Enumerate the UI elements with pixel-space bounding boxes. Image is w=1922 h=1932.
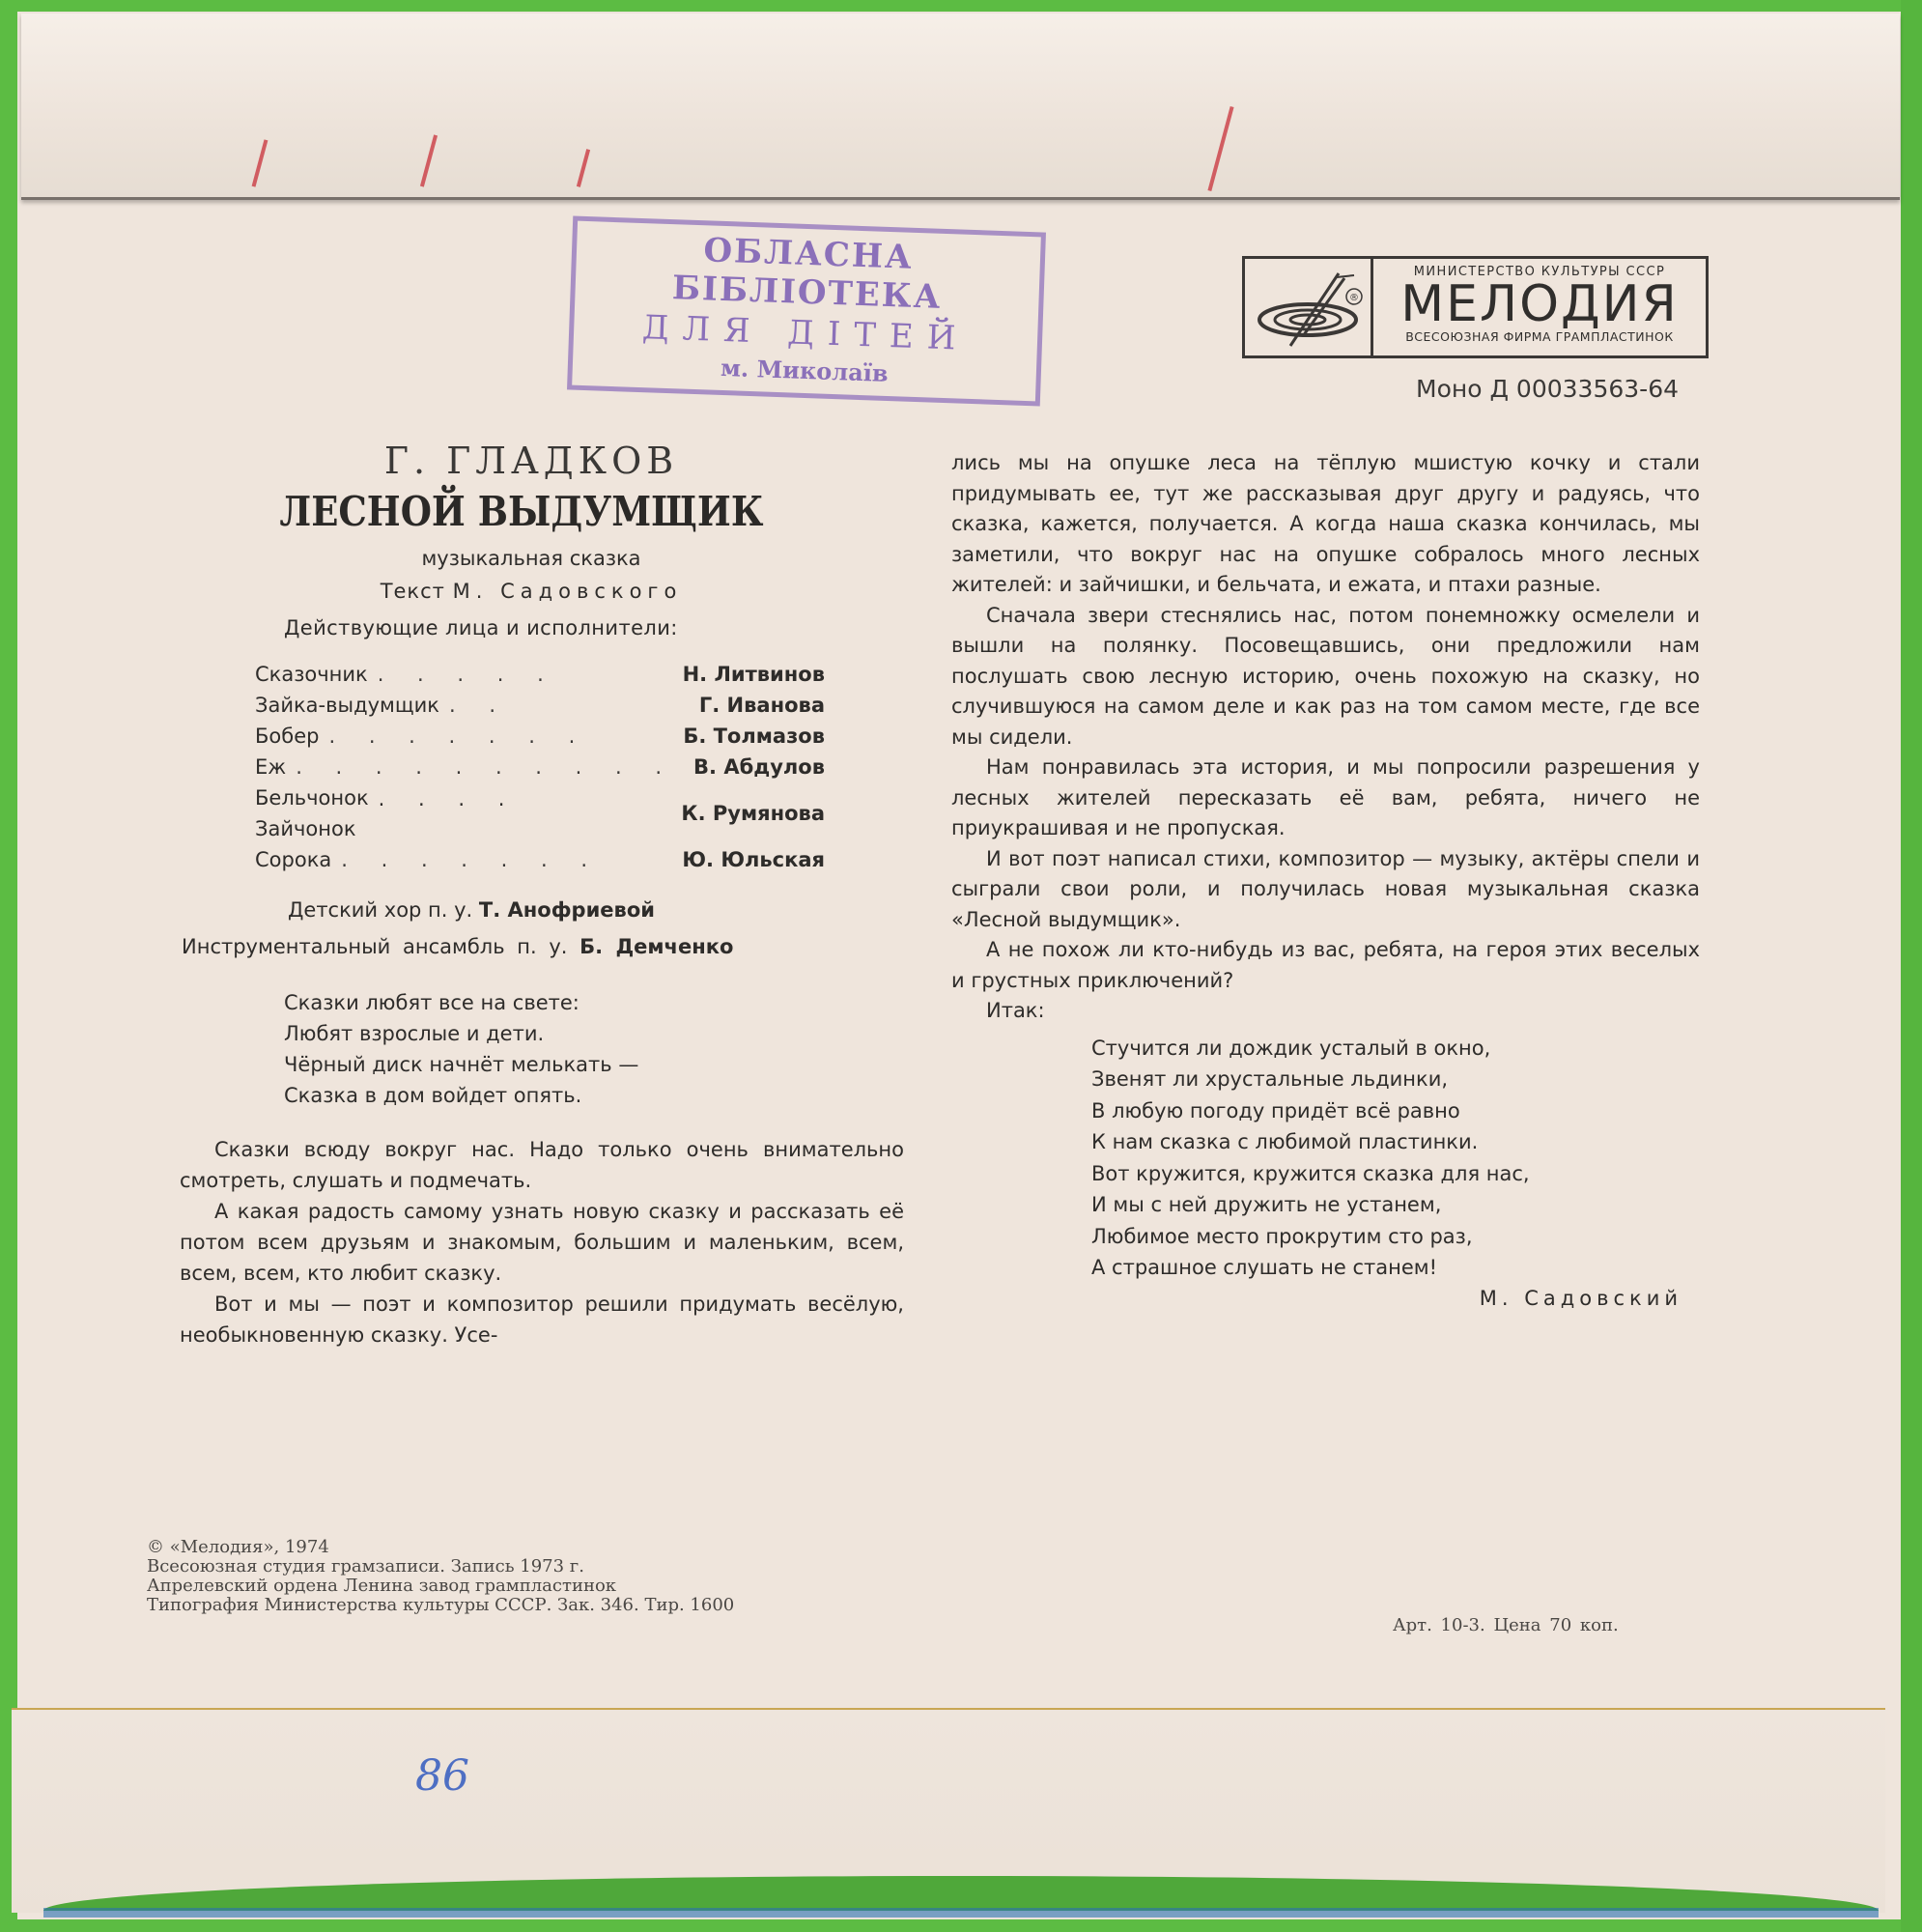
brand-name: МЕЛОДИЯ bbox=[1373, 279, 1706, 329]
imprint-line: © «Мелодия», 1974 bbox=[147, 1538, 734, 1557]
poem-line: Вот кружится, кружится сказка для нас, bbox=[1091, 1158, 1700, 1190]
red-scuff-mark bbox=[1207, 106, 1233, 191]
paragraph: А какая радость самому узнать новую сказ… bbox=[180, 1196, 904, 1289]
left-column: Г. ГЛАДКОВ ЛЕСНОЙ ВЫДУМЩИК музыкальная с… bbox=[193, 440, 908, 1350]
imprint-line: Всесоюзная студия грамзаписи. Запись 197… bbox=[147, 1557, 734, 1577]
poem-signature: М. Садовский bbox=[951, 1284, 1682, 1315]
poem-line: Любят взрослые и дети. bbox=[284, 1018, 908, 1049]
cast-dots: . . . . bbox=[369, 787, 682, 810]
text-by: Текст М. Садовского bbox=[155, 580, 908, 603]
cast-role: Бобер bbox=[255, 721, 319, 752]
cast-row: Сказочник . . . . . Н. Литвинов bbox=[255, 659, 825, 690]
cast-actor: Г. Иванова bbox=[699, 690, 825, 721]
paragraph: И вот поэт написал стихи, композитор — м… bbox=[951, 844, 1700, 936]
melodiya-logo: ® МИНИСТЕРСТВО КУЛЬТУРЫ СССР МЕЛОДИЯ ВСЕ… bbox=[1242, 256, 1709, 358]
cast-dots: . . bbox=[439, 690, 699, 721]
cast-role: Зайка-выдумщик bbox=[255, 690, 439, 721]
poem-line: Любимое место прокрутим сто раз, bbox=[1091, 1221, 1700, 1253]
poem-line: Стучится ли дождик усталый в окно, bbox=[1091, 1033, 1700, 1065]
poem-line: Чёрный диск начнёт мелькать — bbox=[284, 1049, 908, 1080]
paragraph: Итак: bbox=[951, 996, 1700, 1027]
top-flap bbox=[21, 14, 1900, 200]
stamp-line-1: ОБЛАСНА БІБЛІОТЕКА bbox=[575, 227, 1040, 321]
paragraph: Сначала звери стеснялись нас, потом поне… bbox=[951, 601, 1700, 753]
album-title: ЛЕСНОЙ ВЫДУМЩИК bbox=[182, 488, 862, 535]
melodiya-logo-icon: ® bbox=[1245, 259, 1373, 355]
red-scuff-mark bbox=[420, 134, 438, 186]
right-column: лись мы на опушке леса на тёплую мшистую… bbox=[951, 448, 1700, 1314]
cast-dots: . . . . . bbox=[368, 659, 683, 690]
cast-dots: . . . . . . . bbox=[331, 844, 682, 875]
svg-text:®: ® bbox=[1349, 293, 1359, 303]
paragraph: лись мы на опушке леса на тёплую мшистую… bbox=[951, 448, 1700, 601]
cast-row: Еж . . . . . . . . . . В. Абдулов bbox=[255, 752, 825, 782]
cast-dots: . . . . . . . bbox=[319, 721, 683, 752]
cast-role: Зайчонок bbox=[255, 813, 369, 844]
cast-actor: В. Абдулов bbox=[693, 752, 825, 782]
imprint-line: Апрелевский ордена Ленина завод грамплас… bbox=[147, 1577, 734, 1596]
cast-actor: Ю. Юльская bbox=[682, 844, 825, 875]
album-subtitle: музыкальная сказка bbox=[155, 547, 908, 570]
cast-role: Еж bbox=[255, 752, 286, 782]
ensemble-leader: Б. Демченко bbox=[579, 935, 733, 958]
poem-line: Сказка в дом войдет опять. bbox=[284, 1080, 908, 1111]
text-by-prefix: Текст bbox=[381, 580, 445, 603]
cast-role: Сорока bbox=[255, 844, 331, 875]
imprint-line: Типография Министерства культуры СССР. З… bbox=[147, 1596, 734, 1615]
handwritten-note: 86 bbox=[415, 1751, 469, 1801]
cast-row: Зайка-выдумщик . . Г. Иванова bbox=[255, 690, 825, 721]
cast-header: Действующие лица и исполнители: bbox=[284, 616, 908, 639]
record-swirl-icon: ® bbox=[1250, 264, 1366, 351]
paragraph: А не похож ли кто-нибудь из вас, ребята,… bbox=[951, 935, 1700, 996]
library-stamp: ОБЛАСНА БІБЛІОТЕКА ДЛЯ ДІТЕЙ м. Миколаїв bbox=[567, 216, 1046, 407]
cast-actor: К. Румянова bbox=[681, 802, 825, 825]
cast-row: Бобер . . . . . . . Б. Толмазов bbox=[255, 721, 825, 752]
poem-line: В любую погоду придёт всё равно bbox=[1091, 1095, 1700, 1127]
scan-background bbox=[1901, 0, 1922, 1932]
paragraph: Вот и мы — поэт и композитор решили прид… bbox=[180, 1289, 904, 1350]
paragraph: Нам понравилась эта история, и мы попрос… bbox=[951, 753, 1700, 844]
intro-poem: Сказки любят все на свете: Любят взрослы… bbox=[284, 987, 908, 1111]
poem-line: К нам сказка с любимой пластинки. bbox=[1091, 1126, 1700, 1158]
cast-actor: Н. Литвинов bbox=[683, 659, 825, 690]
ensemble-label: Инструментальный ансамбль п. у. bbox=[182, 935, 567, 958]
cast-role: Бельчонок bbox=[255, 782, 369, 813]
cast-row-shared: Бельчонок Зайчонок . . . . К. Румянова bbox=[255, 782, 825, 844]
cast-actor: Б. Толмазов bbox=[683, 721, 825, 752]
poem-line: И мы с ней дружить не устанем, bbox=[1091, 1189, 1700, 1221]
cast-dots: . . . . . . . . . . bbox=[286, 752, 693, 782]
choir-leader: Т. Анофриевой bbox=[479, 898, 655, 922]
text-by-author: М. Садовского bbox=[453, 580, 683, 603]
left-prose: Сказки всюду вокруг нас. Надо только оче… bbox=[180, 1134, 904, 1350]
choir-label: Детский хор п. у. bbox=[288, 898, 472, 922]
cast-role: Сказочник bbox=[255, 659, 368, 690]
imprint: © «Мелодия», 1974 Всесоюзная студия грам… bbox=[147, 1538, 734, 1615]
paragraph: Сказки всюду вокруг нас. Надо только оче… bbox=[180, 1134, 904, 1196]
poem-line: А страшное слушать не станем! bbox=[1091, 1252, 1700, 1284]
poem-line: Сказки любят все на свете: bbox=[284, 987, 908, 1018]
cast-list: Сказочник . . . . . Н. Литвинов Зайка-вы… bbox=[255, 659, 825, 875]
composer-name: Г. ГЛАДКОВ bbox=[155, 440, 908, 482]
cast-row: Сорока . . . . . . . Ю. Юльская bbox=[255, 844, 825, 875]
red-scuff-mark bbox=[252, 139, 269, 186]
bottom-shadow bbox=[43, 1908, 1879, 1918]
firm-label: ВСЕСОЮЗНАЯ ФИРМА ГРАМПЛАСТИНОК bbox=[1373, 329, 1706, 344]
red-scuff-mark bbox=[577, 149, 590, 187]
poem-line: Звенят ли хрустальные льдинки, bbox=[1091, 1064, 1700, 1095]
price-label: Арт. 10-3. Цена 70 коп. bbox=[1393, 1615, 1619, 1635]
ensemble-credit: Инструментальный ансамбль п. у. Б. Демче… bbox=[182, 935, 908, 958]
closing-poem: Стучится ли дождик усталый в окно, Звеня… bbox=[1091, 1033, 1700, 1284]
choir-credit: Детский хор п. у. Т. Анофриевой bbox=[288, 898, 908, 922]
catalog-number: Моно Д 00033563-64 bbox=[1416, 375, 1679, 403]
